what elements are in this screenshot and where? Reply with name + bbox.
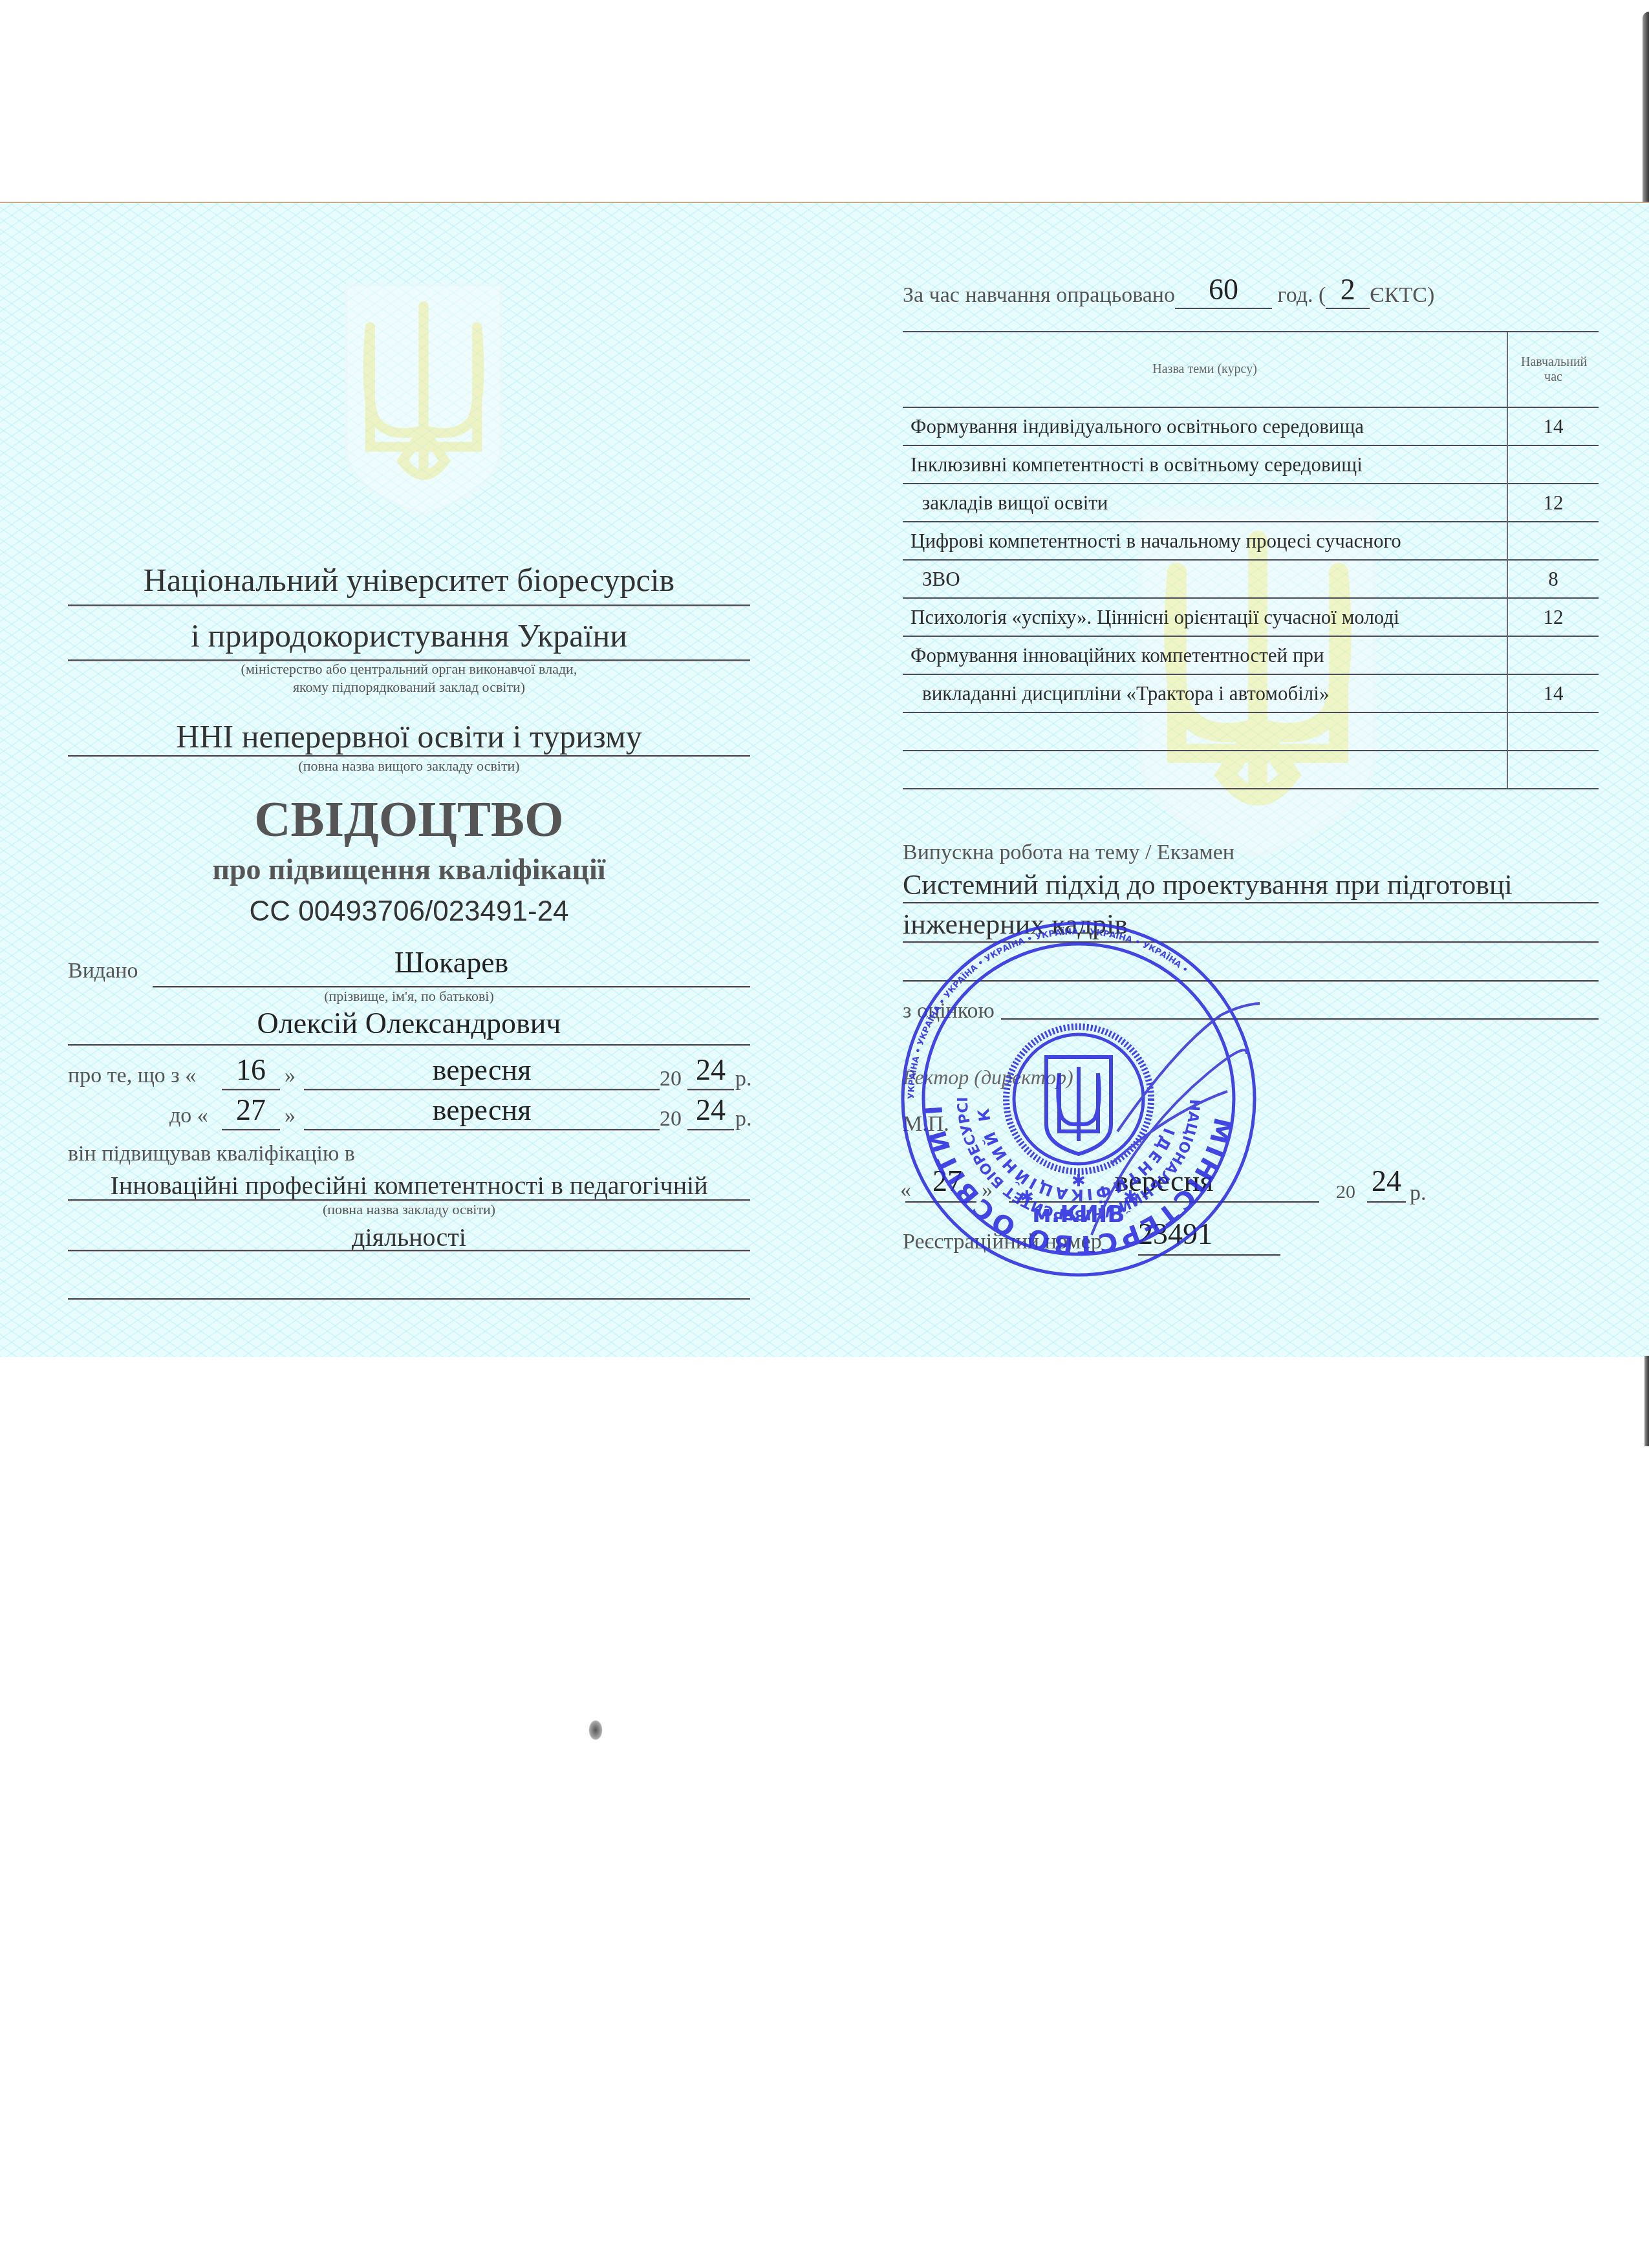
qualified-label: він підвищував кваліфікацію в <box>68 1142 355 1166</box>
name-caption: (прізвище, ім'я, по батькові) <box>68 988 750 1005</box>
topics-table: Назва теми (курсу) Навчальний час Формув… <box>903 331 1599 789</box>
divider <box>68 604 750 606</box>
table-row: Формування інноваційних компетентностей … <box>903 636 1599 674</box>
from-month: вересня <box>304 1053 660 1087</box>
topic-hours: 14 <box>1507 407 1599 445</box>
column-header-topic: Назва теми (курсу) <box>903 332 1507 407</box>
scan-edge <box>1644 1356 1649 1446</box>
svg-text:✱: ✱ <box>1123 1188 1137 1207</box>
hours-field: 60 <box>1175 283 1272 309</box>
program-line-2: діяльності <box>68 1222 750 1252</box>
scan-edge <box>1643 12 1649 202</box>
table-row <box>903 751 1599 789</box>
faculty-caption: (повна назва вищого закладу освіти) <box>68 758 750 775</box>
document-number: СС 00493706/023491-24 <box>68 895 750 928</box>
svg-text:✱: ✱ <box>1020 1188 1034 1207</box>
divider <box>222 1089 280 1090</box>
table-row: закладів вищої освіти12 <box>903 484 1599 522</box>
table-row <box>903 712 1599 751</box>
topic-name: Формування індивідуального освітнього се… <box>903 407 1507 445</box>
year-suffix: р. <box>735 1067 752 1091</box>
from-day: 16 <box>222 1053 280 1087</box>
svg-text:✱: ✱ <box>1072 1171 1086 1191</box>
hours-prefix: За час навчання опрацьовано <box>903 283 1175 307</box>
ministry-caption: (міністерство або центральний орган вико… <box>68 661 750 678</box>
date-suffix: р. <box>1410 1181 1427 1206</box>
divider <box>68 1250 750 1251</box>
divider <box>68 755 750 756</box>
issued-label: Видано <box>68 959 138 983</box>
to-year: 24 <box>687 1093 734 1127</box>
program-line-1: Інноваційні професійні компетентності в … <box>68 1170 750 1201</box>
topic-hours <box>1507 636 1599 674</box>
table-row: Психологія «успіху». Ціннісні орієнтації… <box>903 598 1599 636</box>
column-header-hours-label: Навчальний час <box>1521 355 1586 385</box>
topic-hours <box>1507 445 1599 484</box>
topic-name: Формування інноваційних компетентностей … <box>903 636 1507 674</box>
divider <box>68 1044 750 1045</box>
topic-name <box>903 751 1507 789</box>
faculty-name: ННІ неперервної освіти і туризму <box>68 718 750 755</box>
seal-city: м.КИЇВ <box>1032 1201 1125 1228</box>
thesis-line-1: Системний підхід до проектування при під… <box>903 868 1513 901</box>
year-suffix: р. <box>735 1107 752 1131</box>
divider <box>903 902 1599 903</box>
table-row: ЗВО8 <box>903 560 1599 598</box>
topic-name <box>903 712 1507 751</box>
divider <box>222 1129 280 1130</box>
quote-close: » <box>285 1104 296 1128</box>
trident-watermark-icon <box>336 278 511 517</box>
document-subtitle: про підвищення кваліфікації <box>68 852 750 886</box>
document-title: СВІДОЦТВО <box>68 790 750 848</box>
quote-close: » <box>285 1064 296 1088</box>
from-year: 24 <box>687 1053 734 1087</box>
century-label: 20 <box>660 1067 682 1091</box>
to-day: 27 <box>222 1093 280 1127</box>
hours-value: 60 <box>1175 272 1272 306</box>
seal-coat-of-arms-icon <box>1046 1057 1111 1154</box>
ects-unit: ЄКТС) <box>1370 283 1434 307</box>
topic-hours: 8 <box>1507 560 1599 598</box>
institution-line-2: і природокористування України <box>68 617 750 654</box>
table-row: Інклюзивні компетентності в освітньому с… <box>903 445 1599 484</box>
ects-field: 2 <box>1326 283 1370 309</box>
surname-field: Шокарев <box>153 945 750 979</box>
thesis-label: Випускна робота на тему / Екзамен <box>903 840 1234 865</box>
table-row: викладанні дисципліни «Трактора і автомо… <box>903 674 1599 712</box>
given-names-field: Олексій Олександрович <box>68 1006 750 1040</box>
topic-hours <box>1507 712 1599 751</box>
ink-blot <box>588 1720 603 1740</box>
column-header-hours: Навчальний час <box>1507 332 1599 407</box>
topic-name: Цифрові компетентності в начальному проц… <box>903 522 1507 560</box>
topic-hours: 14 <box>1507 674 1599 712</box>
institution-line-1: Національний університет біоресурсів <box>68 561 750 599</box>
hours-unit: год. ( <box>1278 283 1326 307</box>
program-caption: (повна назва закладу освіти) <box>68 1201 750 1218</box>
hours-statement: За час навчання опрацьовано60 год. (2 ЄК… <box>903 283 1434 309</box>
topic-name: ЗВО <box>903 560 1507 598</box>
sign-year: 24 <box>1367 1164 1406 1198</box>
table-row: Формування індивідуального освітнього се… <box>903 407 1599 445</box>
divider <box>1367 1201 1406 1203</box>
topic-hours: 12 <box>1507 598 1599 636</box>
to-month: вересня <box>304 1093 660 1127</box>
official-seal-icon: УКРАЇНА • УКРАЇНА • УКРАЇНА • УКРАЇНА • … <box>898 918 1260 1280</box>
ministry-caption: якому підпорядкований заклад освіти) <box>68 679 750 696</box>
divider <box>68 1199 750 1201</box>
century-label: 20 <box>660 1107 682 1131</box>
topic-name: Психологія «успіху». Ціннісні орієнтації… <box>903 598 1507 636</box>
topic-name: викладанні дисципліни «Трактора і автомо… <box>903 674 1507 712</box>
divider <box>68 1298 750 1300</box>
divider <box>153 986 750 987</box>
date-century: 20 <box>1336 1181 1355 1203</box>
divider <box>304 1089 660 1090</box>
divider <box>687 1089 734 1090</box>
topic-hours <box>1507 522 1599 560</box>
topic-hours <box>1507 751 1599 789</box>
to-label: до « <box>169 1104 208 1128</box>
table-row: Цифрові компетентності в начальному проц… <box>903 522 1599 560</box>
divider <box>304 1129 660 1130</box>
table-header-row: Назва теми (курсу) Навчальний час <box>903 332 1599 407</box>
divider <box>687 1129 734 1130</box>
topic-hours: 12 <box>1507 484 1599 522</box>
topic-name: закладів вищої освіти <box>903 484 1507 522</box>
from-label: про те, що з « <box>68 1064 196 1088</box>
ects-value: 2 <box>1326 272 1370 306</box>
topic-name: Інклюзивні компетентності в освітньому с… <box>903 445 1507 484</box>
